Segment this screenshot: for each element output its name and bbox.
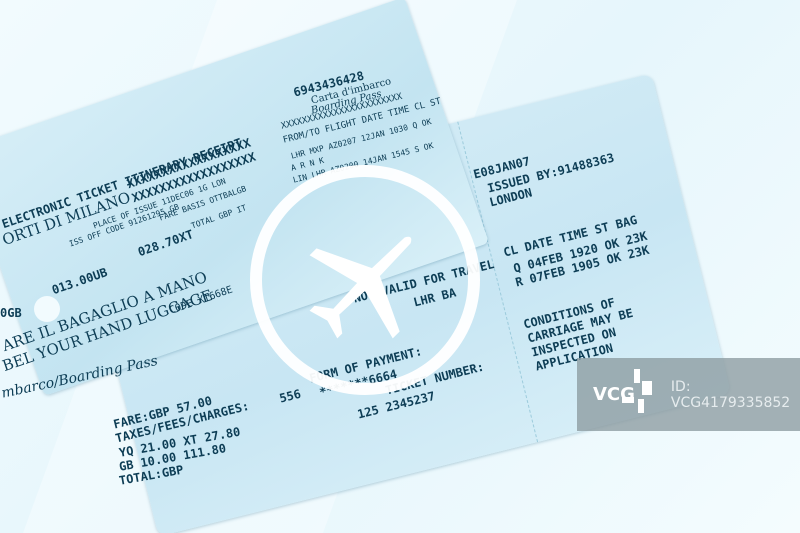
airplane-icon (296, 212, 436, 352)
vcg-burst-icon (620, 367, 654, 417)
watermark-id: ID: VCG4179335852 (671, 379, 800, 411)
amount-gb: 0GB (0, 306, 22, 320)
watermark: VCG ID: VCG4179335852 (577, 358, 800, 431)
